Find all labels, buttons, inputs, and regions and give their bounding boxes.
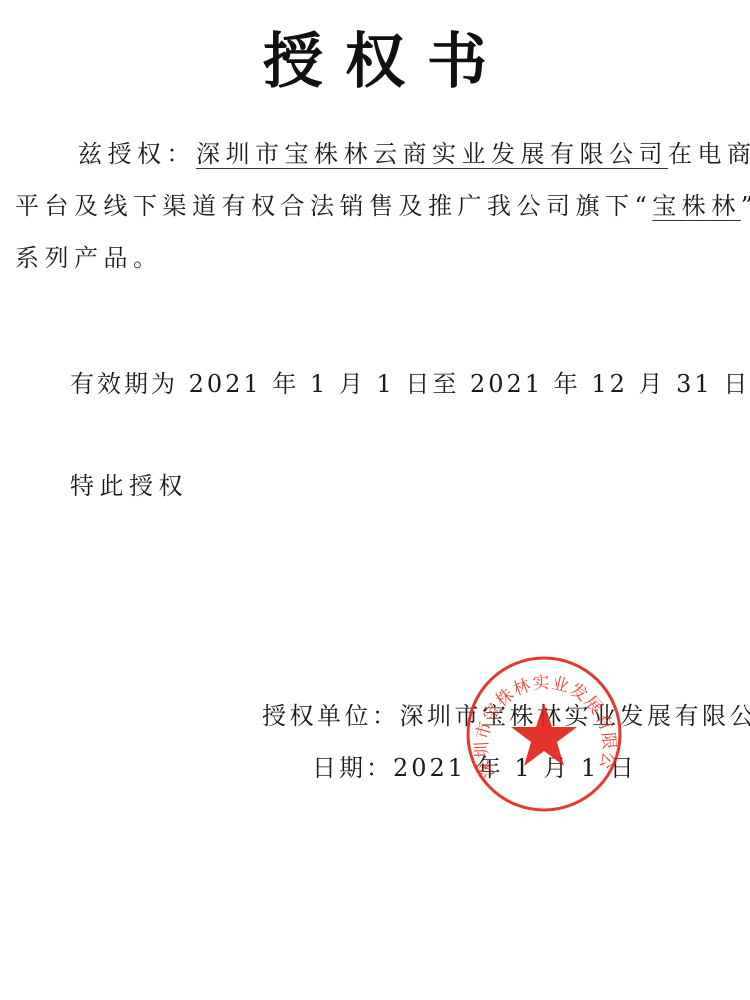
seal-graphic: 深圳市宝株林实业发展有限公司	[465, 655, 623, 813]
authorized-company: 深圳市宝株林云商实业发展有限公司	[196, 140, 668, 168]
date-value: 2021 年 1 月 1 日	[393, 754, 637, 782]
closing-statement: 特此授权	[70, 470, 188, 502]
authorization-line-3: 系列产品。	[15, 242, 163, 274]
unit-label: 授权单位：	[262, 702, 400, 730]
line1-suffix: 在电商	[668, 140, 750, 168]
authorization-line-1: 兹授权：深圳市宝株林云商实业发展有限公司在电商	[78, 138, 750, 170]
line2-suffix: ”	[741, 192, 750, 220]
authorizing-unit: 授权单位：深圳市宝株林实业发展有限公司	[262, 700, 750, 732]
authorization-prefix: 兹授权：	[78, 140, 196, 168]
signature-date: 日期：2021 年 1 月 1 日	[312, 752, 637, 784]
unit-name: 深圳市宝株林实业发展有限公司	[400, 702, 750, 730]
validity-period: 有效期为 2021 年 1 月 1 日至 2021 年 12 月 31 日	[70, 368, 750, 400]
document-title: 授权书	[0, 22, 750, 102]
company-seal: 深圳市宝株林实业发展有限公司	[465, 655, 623, 813]
authorization-line-2: 平台及线下渠道有权合法销售及推广我公司旗下“宝株林”	[15, 190, 750, 222]
brand-name: 宝株林	[652, 192, 741, 220]
date-label: 日期：	[312, 754, 393, 782]
line2-prefix: 平台及线下渠道有权合法销售及推广我公司旗下“	[15, 192, 652, 220]
